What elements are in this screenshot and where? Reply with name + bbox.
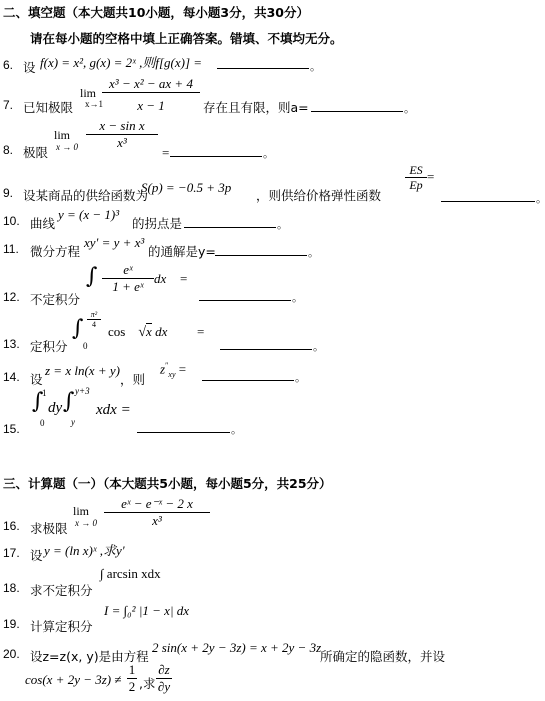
lim-label: lim xyxy=(73,504,89,519)
numerator: ES xyxy=(405,163,427,177)
fraction: x − sin x x³ xyxy=(86,118,158,151)
question-prefix: 微分方程 xyxy=(30,242,80,260)
math-expression: y = (ln x)ˣ ,求y' xyxy=(44,540,125,559)
numerator: x − sin x xyxy=(86,118,158,134)
answer-blank[interactable] xyxy=(220,349,312,350)
answer-blank[interactable] xyxy=(202,380,294,381)
integrand: xdx = xyxy=(96,402,131,419)
question-prefix: 设 xyxy=(30,546,43,564)
math-expression: xy' = y + x³ xyxy=(84,235,144,251)
period: 。 xyxy=(310,58,321,74)
question-number: 12. xyxy=(3,290,20,304)
numerator: ∂z xyxy=(156,662,172,678)
question-number: 20. xyxy=(3,647,20,661)
denominator: x³ xyxy=(104,513,210,529)
elasticity-fraction: ES Ep xyxy=(405,163,427,192)
answer-blank[interactable] xyxy=(170,156,262,157)
question-number: 8. xyxy=(3,143,13,157)
question-prefix: 求不定积分 xyxy=(30,581,93,599)
lower-limit: 0 xyxy=(83,341,88,351)
outer-upper-limit: 1 xyxy=(42,388,47,398)
period: 。 xyxy=(277,216,288,232)
question-text: 所确定的隐函数，并设 xyxy=(320,647,445,665)
question-prefix: 不定积分 xyxy=(30,290,80,308)
answer-blank[interactable] xyxy=(441,201,535,202)
period: 。 xyxy=(308,244,319,260)
numerator: x³ − x² − ax + 4 xyxy=(102,76,200,92)
lim-subscript: x → 0 xyxy=(75,518,97,528)
inner-integral-sign: ∫ xyxy=(63,389,74,414)
fraction: eˣ − e⁻ˣ − 2 x x³ xyxy=(104,496,210,529)
answer-blank[interactable] xyxy=(311,111,403,112)
upper-limit-numerator: π² xyxy=(87,310,101,319)
fraction-bar xyxy=(102,92,200,93)
question-number: 10. xyxy=(3,214,20,228)
period: 。 xyxy=(263,145,274,161)
lim-label: lim xyxy=(54,128,70,143)
math-expression: S(p) = −0.5 + 3p xyxy=(141,180,231,196)
question-number: 17. xyxy=(3,546,20,560)
lim-subscript: x→1 xyxy=(85,99,103,109)
question-prefix: 定积分 xyxy=(30,337,68,355)
question-prefix: 设 xyxy=(23,58,36,76)
question-prefix: 曲线 xyxy=(30,214,55,232)
equals: = xyxy=(427,169,434,185)
question-number: 18. xyxy=(3,581,20,595)
question-prefix: 设 xyxy=(30,370,43,388)
answer-blank[interactable] xyxy=(217,68,309,69)
second-derivative: z″xy = xyxy=(160,361,186,379)
period: 。 xyxy=(313,338,324,354)
integral-sign: ∫ xyxy=(86,264,97,289)
question-text: 的拐点是 xyxy=(132,214,182,232)
math-expression: y = (x − 1)³ xyxy=(58,207,119,223)
question-number: 7. xyxy=(3,98,13,112)
question-number: 15. xyxy=(3,422,20,436)
section-2-instruction: 请在每小题的空格中填上正确答案。错填、不填均无分。 xyxy=(30,29,343,47)
period: 。 xyxy=(292,289,303,305)
numerator: eˣ xyxy=(102,262,154,278)
upper-limit-denominator: 4 xyxy=(87,320,101,329)
integral-sign: ∫ xyxy=(72,316,83,341)
fraction: eˣ 1 + eˣ xyxy=(102,262,154,295)
question-prefix: 求极限 xyxy=(30,519,68,537)
math-expression: f(x) = x², g(x) = 2ˣ ,则f[g(x)] = xyxy=(40,52,202,71)
period: 。 xyxy=(231,421,242,437)
denominator: 1 + eˣ xyxy=(102,279,154,295)
inner-upper-limit: y+3 xyxy=(75,386,90,396)
inner-lower-limit: y xyxy=(71,417,75,427)
math-expression: ∫ arcsin xdx xyxy=(100,566,161,582)
period: 。 xyxy=(295,369,306,385)
numerator: eˣ − e⁻ˣ − 2 x xyxy=(104,496,210,512)
question-text: 存在且有限，则a= xyxy=(203,98,309,116)
section-3-heading: 三、计算题（一）（本大题共5小题，每小题5分，共25分） xyxy=(3,474,332,492)
question-number: 13. xyxy=(3,337,20,351)
question-text: ，则 xyxy=(120,370,145,388)
question-text: 的通解是y= xyxy=(148,242,216,260)
question-number: 16. xyxy=(3,519,20,533)
question-prefix: 已知极限 xyxy=(23,98,73,116)
question-number: 6. xyxy=(3,58,13,72)
question-prefix: 设某商品的供给函数为 xyxy=(23,186,148,204)
denominator: ∂y xyxy=(156,679,172,695)
outer-differential: dy xyxy=(48,400,62,417)
denominator: x³ xyxy=(86,135,158,151)
question-prefix: 计算定积分 xyxy=(30,617,93,635)
fraction: x³ − x² − ax + 4 x − 1 xyxy=(102,76,200,114)
equals: = xyxy=(197,324,204,340)
integrand: cos √x dx xyxy=(108,324,167,341)
math-expression: I = ∫₀² |1 − x| dx xyxy=(104,603,189,619)
differential: dx xyxy=(154,271,166,287)
condition-expression: cos(x + 2y − 3z) ≠ xyxy=(25,672,122,688)
lim-subscript: x → 0 xyxy=(56,142,78,152)
math-expression: 2 sin(x + 2y − 3z) = x + 2y − 3z xyxy=(152,640,321,656)
answer-blank[interactable] xyxy=(184,227,276,228)
one-half-fraction: 1 2 xyxy=(127,662,137,695)
partial-derivative-fraction: ∂z ∂y xyxy=(156,662,172,695)
answer-blank[interactable] xyxy=(199,300,291,301)
denominator: x − 1 xyxy=(102,98,200,114)
question-text: ,求 xyxy=(139,674,155,692)
answer-blank[interactable] xyxy=(137,432,230,433)
answer-blank[interactable] xyxy=(215,255,307,256)
section-2-heading: 二、填空题（本大题共10小题，每小题3分，共30分） xyxy=(3,3,309,21)
denominator: 2 xyxy=(127,679,137,695)
denominator: Ep xyxy=(405,178,427,192)
question-number: 19. xyxy=(3,617,20,631)
numerator: 1 xyxy=(127,662,137,678)
upper-limit: π² 4 xyxy=(87,310,101,329)
question-text: ，则供给价格弹性函数 xyxy=(256,186,381,204)
equals: = xyxy=(180,271,187,287)
equals: = xyxy=(162,145,169,161)
question-number: 11. xyxy=(3,242,19,256)
question-number: 14. xyxy=(3,370,20,384)
math-expression: z = x ln(x + y) xyxy=(45,363,120,379)
question-prefix: 极限 xyxy=(23,143,48,161)
question-number: 9. xyxy=(3,186,13,200)
period: 。 xyxy=(404,100,415,116)
period: 。 xyxy=(536,190,545,206)
outer-lower-limit: 0 xyxy=(40,418,45,428)
